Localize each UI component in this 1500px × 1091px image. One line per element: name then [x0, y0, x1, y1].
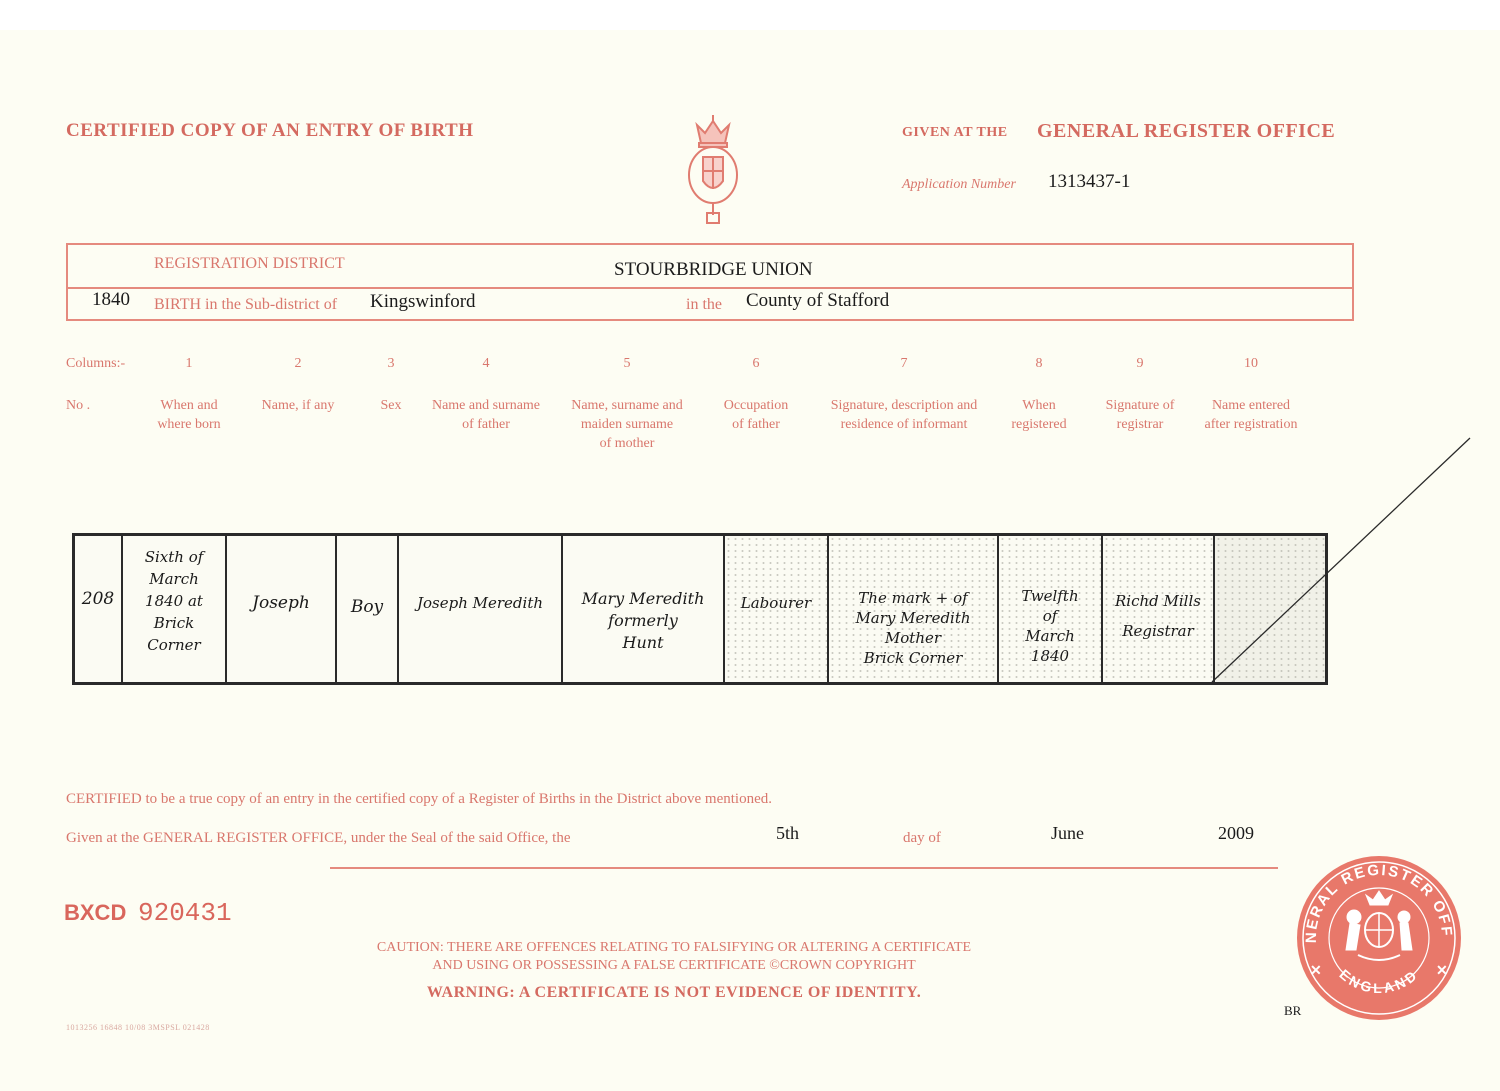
- occupation: Labourer: [729, 592, 823, 614]
- column-header-informant: Signature, description andresidence of i…: [809, 396, 999, 434]
- column-number: 10: [1211, 356, 1291, 372]
- scan-top-margin: [0, 0, 1500, 30]
- column-number: 8: [999, 356, 1079, 372]
- royal-crest-icon: [683, 115, 743, 227]
- print-codes: 1013256 16848 10/08 3MSPSL 021428: [66, 1023, 210, 1032]
- when-where-born-cell: Sixth ofMarch1840 atBrick Corner: [123, 536, 227, 682]
- register-entry-row: 208 Sixth ofMarch1840 atBrick Corner Jos…: [72, 533, 1328, 685]
- registration-box: REGISTRATION DISTRICT STOURBRIDGE UNION …: [66, 243, 1354, 321]
- mother-name: Mary MeredithformerlyHunt: [567, 588, 719, 654]
- identity-warning: WARNING: A CERTIFICATE IS NOT EVIDENCE O…: [330, 984, 1018, 1002]
- column-number: 5: [587, 356, 667, 372]
- day-of-label: day of: [903, 830, 941, 847]
- when-registered-cell: TwelfthofMarch1840: [999, 536, 1103, 682]
- registration-district-label: REGISTRATION DISTRICT: [154, 255, 345, 273]
- column-header-when-where-born: When andwhere born: [139, 396, 239, 434]
- entry-number: 208: [79, 588, 117, 610]
- when-where-born: Sixth ofMarch1840 atBrick Corner: [127, 546, 221, 656]
- entry-number-cell: 208: [75, 536, 123, 682]
- registrar-cell: Richd MillsRegistrar: [1103, 536, 1215, 682]
- given-at-label: GIVEN AT THE: [902, 125, 1008, 141]
- serial-number: 920431: [138, 898, 232, 928]
- application-number-label: Application Number: [902, 177, 1016, 193]
- column-header-when-registered: Whenregistered: [994, 396, 1084, 434]
- column-number: 1: [149, 356, 229, 372]
- father-name: Joseph Meredith: [403, 592, 557, 614]
- column-number: 4: [446, 356, 526, 372]
- column-header-name: Name, if any: [238, 396, 358, 415]
- caution-line-1: CAUTION: THERE ARE OFFENCES RELATING TO …: [330, 940, 1018, 956]
- sub-district-label: BIRTH in the Sub-district of: [154, 296, 337, 314]
- mother-cell: Mary MeredithformerlyHunt: [563, 536, 725, 682]
- column-header-mother: Name, surname andmaiden surnameof mother: [557, 396, 697, 453]
- column-header-name-after-registration: Name enteredafter registration: [1186, 396, 1316, 434]
- column-header-registrar: Signature ofregistrar: [1090, 396, 1190, 434]
- column-number: 7: [864, 356, 944, 372]
- column-number: 6: [716, 356, 796, 372]
- column-header-occupation: Occupationof father: [706, 396, 806, 434]
- sub-district-value: Kingswinford: [370, 291, 476, 313]
- column-number: 9: [1100, 356, 1180, 372]
- svg-text:✕: ✕: [1436, 962, 1448, 978]
- application-number: 1313437-1: [1048, 171, 1130, 193]
- no-column-label: No .: [66, 396, 90, 415]
- office-name: GENERAL REGISTER OFFICE: [1037, 120, 1335, 143]
- divider: [68, 287, 1352, 289]
- given-at-statement: Given at the GENERAL REGISTER OFFICE, un…: [66, 830, 571, 847]
- certification-statement: CERTIFIED to be a true copy of an entry …: [66, 791, 772, 808]
- sex: Boy: [341, 596, 393, 618]
- when-registered: TwelfthofMarch1840: [1003, 586, 1097, 666]
- registrar-signature: Richd MillsRegistrar: [1107, 590, 1209, 642]
- clerk-initials: BR: [1284, 1003, 1301, 1019]
- issue-month: June: [1051, 823, 1084, 844]
- caution-line-2: AND USING OR POSSESSING A FALSE CERTIFIC…: [330, 958, 1018, 974]
- informant: The mark + ofMary MeredithMotherBrick Co…: [833, 588, 993, 668]
- registration-year: 1840: [92, 289, 130, 311]
- columns-label: Columns:-: [66, 356, 125, 372]
- column-number: 3: [351, 356, 431, 372]
- column-number: 2: [258, 356, 338, 372]
- sex-cell: Boy: [337, 536, 399, 682]
- certificate-title: CERTIFIED COPY OF AN ENTRY OF BIRTH: [66, 120, 474, 142]
- father-cell: Joseph Meredith: [399, 536, 563, 682]
- column-header-father: Name and surnameof father: [416, 396, 556, 434]
- general-register-office-seal-icon: GENERAL REGISTER OFFICE ENGLAND ✕ ✕: [1296, 855, 1462, 1021]
- child-name-cell: Joseph: [227, 536, 337, 682]
- in-the-label: in the: [686, 296, 722, 314]
- child-name: Joseph: [231, 592, 331, 614]
- registration-district-value: STOURBRIDGE UNION: [614, 259, 813, 281]
- divider: [330, 867, 1278, 869]
- svg-text:✕: ✕: [1310, 962, 1322, 978]
- occupation-cell: Labourer: [725, 536, 829, 682]
- name-after-registration-cell: [1215, 536, 1325, 682]
- county-value: County of Stafford: [746, 290, 889, 312]
- issue-year: 2009: [1218, 823, 1254, 844]
- informant-cell: The mark + ofMary MeredithMotherBrick Co…: [829, 536, 999, 682]
- serial-prefix: BXCD: [64, 900, 126, 926]
- issue-day: 5th: [776, 823, 799, 844]
